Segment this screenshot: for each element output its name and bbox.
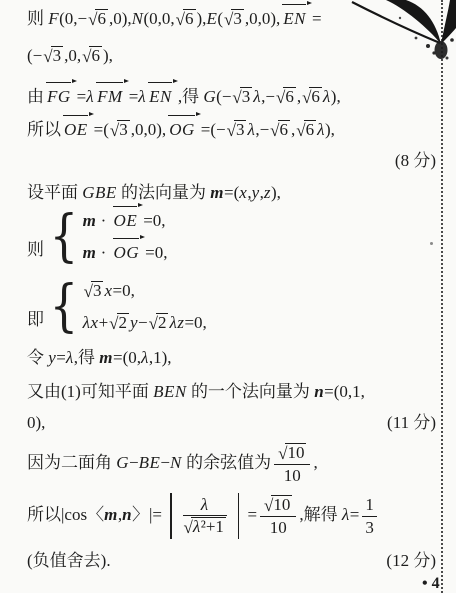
sqrt: √2 (109, 312, 129, 334)
line-system-dot-products: 则{m · OE=0,m · OG=0, (27, 208, 167, 266)
sqrt: √10 (278, 443, 306, 463)
sqrt: √2 (149, 312, 169, 334)
fraction: √1010 (274, 443, 310, 485)
equation-system: {m · OE=0,m · OG=0, (46, 210, 167, 264)
sqrt: √3 (43, 45, 63, 67)
page-edge-dotted-divider (441, 0, 443, 593)
vector-OG: OG (168, 119, 199, 141)
vector-OE: OE (63, 119, 92, 141)
sqrt: √3 (232, 86, 252, 108)
line-system-equations: 即{√3x=0,λx+√2y−√2λz=0, (27, 276, 207, 338)
line-plane-ben-normal: 又由(1)可知平面 BEN 的一个法向量为 n=(0,1, (27, 381, 365, 403)
vector-FM: FM (96, 86, 127, 108)
sqrt: √6 (302, 86, 322, 108)
line-let-y-lambda: 令 y=λ,得 m=(0,λ,1), (27, 347, 172, 369)
line-fg-lambda: 由FG=λFM=λEN,得 G(−√3λ,−√6,√6λ), (27, 86, 341, 108)
sqrt: √3 (84, 280, 104, 302)
vector-FG: FG (46, 86, 75, 108)
line-normal-vector-def: 设平面 GBE 的法向量为 m=(x,y,z), (27, 182, 281, 204)
sqrt: √λ²+1 (184, 517, 226, 537)
line-mark-11: 0),(11 分) (27, 412, 436, 434)
line-mark-8: (8 分) (395, 150, 436, 172)
fraction: λ√λ²+1 (183, 495, 227, 537)
sqrt: √3 (227, 119, 247, 141)
ink-blot (344, 0, 456, 64)
fraction: √1010 (260, 495, 296, 537)
sqrt: √6 (296, 119, 316, 141)
scan-speck (430, 242, 433, 245)
vector-OG: OG (113, 242, 144, 264)
sqrt: √6 (276, 86, 296, 108)
line-coordinates: 则 F(0,−√6,0),N(0,0,√6),E(√3,0,0),EN= (27, 8, 322, 30)
sqrt: √6 (82, 45, 102, 67)
vector-EN: EN (148, 86, 176, 108)
fraction: 13 (362, 495, 377, 537)
page-number: • 4 (422, 575, 440, 593)
vector-EN: EN (282, 8, 310, 30)
equation-system: {√3x=0,λx+√2y−√2λz=0, (46, 280, 207, 334)
line-mark-12: (负值舍去).(12 分) (27, 550, 436, 572)
vector-OE: OE (113, 210, 142, 232)
line-dihedral-cosine: 因为二面角 G−BE−N 的余弦值为√1010, (27, 440, 318, 488)
sqrt: √6 (270, 119, 290, 141)
scanned-solution-page: 则 F(0,−√6,0),N(0,0,√6),E(√3,0,0),EN=(−√3… (0, 0, 456, 593)
sqrt: √3 (110, 119, 130, 141)
sqrt: √6 (176, 8, 196, 30)
abs-bar (170, 493, 172, 539)
abs-bar (238, 493, 240, 539)
sqrt: √6 (88, 8, 108, 30)
line-en-vector-value: (−√3,0,√6), (27, 45, 113, 67)
line-oe-og: 所以OE=(√3,0,0),OG=(−√3λ,−√6,√6λ), (27, 119, 335, 141)
sqrt: √3 (224, 8, 244, 30)
line-cos-equation: 所以|cos〈m,n〉|=λ√λ²+1=√1010,解得 λ=13 (27, 490, 380, 542)
sqrt: √10 (264, 495, 292, 515)
